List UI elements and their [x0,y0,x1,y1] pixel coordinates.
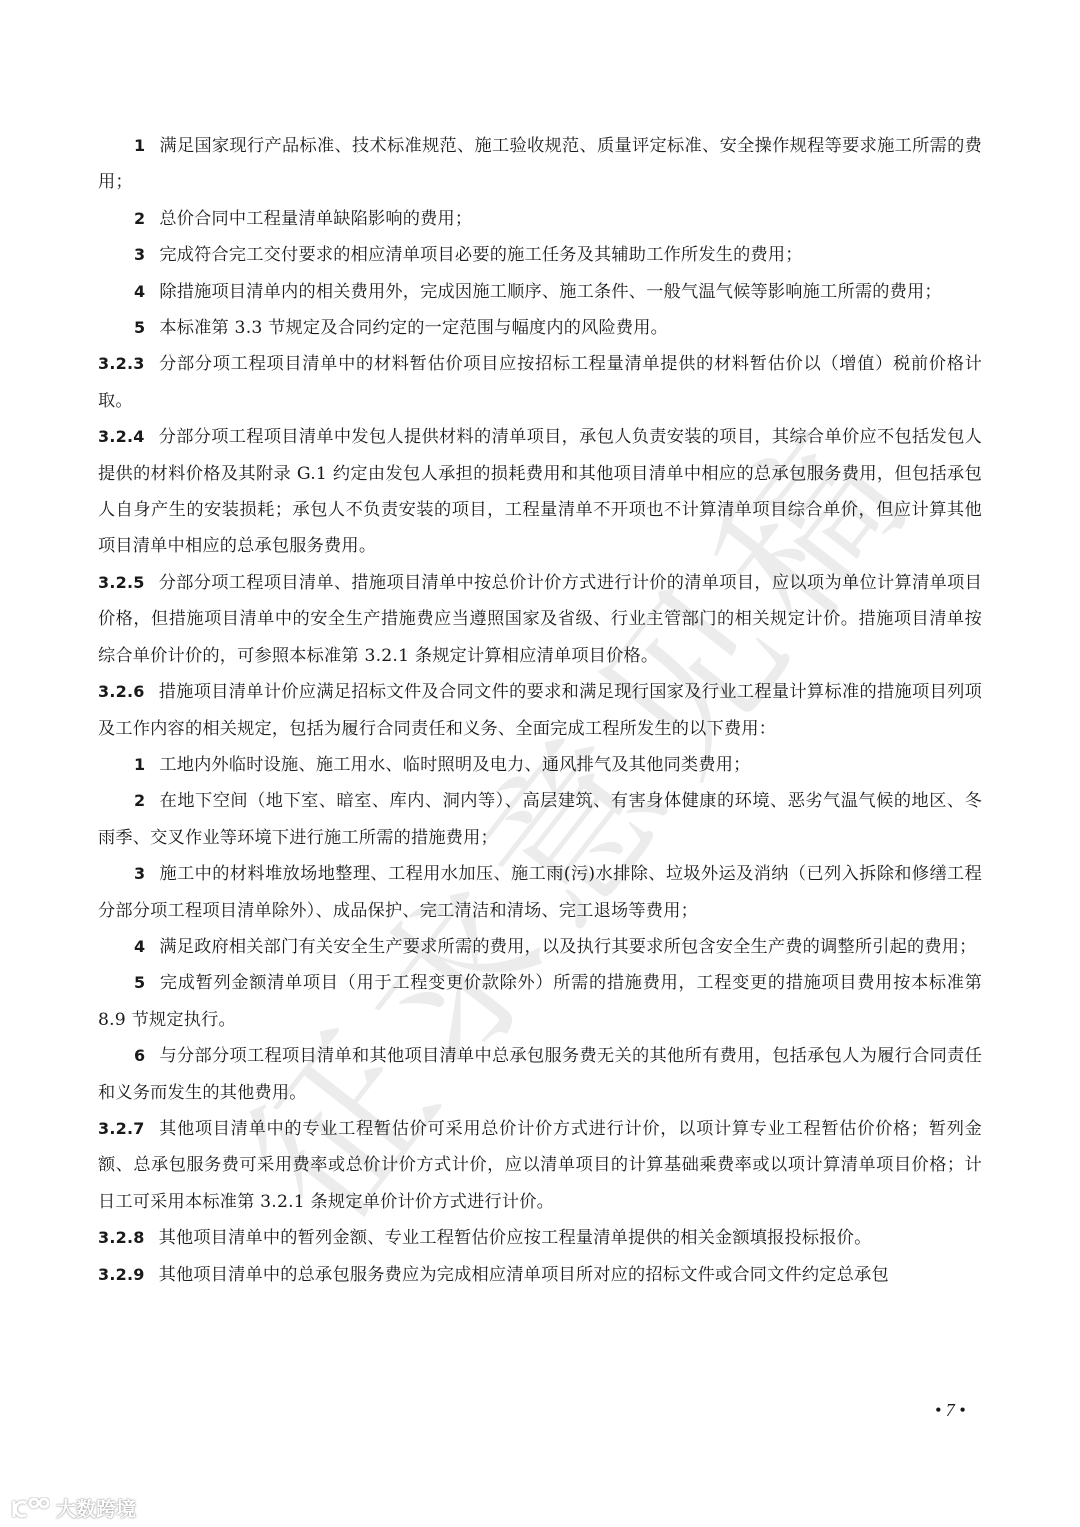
clause-text: 分部分项工程项目清单中的材料暂估价项目应按招标工程量清单提供的材料暂估价以（增值… [98,354,982,410]
clause-number: 3.2.9 [98,1265,145,1284]
clause-text: 措施项目清单计价应满足招标文件及合同文件的要求和满足现行国家及行业工程量计算标准… [98,682,982,738]
clause-text: 其他项目清单中的暂列金额、专业工程暂估价应按工程量清单提供的相关金额填报投标报价… [159,1228,872,1248]
list-item: 3施工中的材料堆放场地整理、工程用水加压、施工雨(污)水排除、垃圾外运及消纳（已… [98,856,982,929]
list-item: 4满足政府相关部门有关安全生产要求所需的费用，以及执行其要求所包含安全生产费的调… [98,929,982,965]
clause-3-2-5: 3.2.5分部分项工程项目清单、措施项目清单中按总价计价方式进行计价的清单项目，… [98,565,982,674]
clause-number: 3.2.8 [98,1228,145,1247]
brand-watermark: 大数跨境 [10,1493,136,1522]
item-text: 完成符合完工交付要求的相应清单项目必要的施工任务及其辅助工作所发生的费用； [159,245,802,265]
list-item: 1满足国家现行产品标准、技术标准规范、施工验收规范、质量评定标准、安全操作规程等… [98,128,982,201]
item-text: 满足政府相关部门有关安全生产要求所需的费用，以及执行其要求所包含安全生产费的调整… [159,937,976,957]
item-number: 5 [134,318,145,337]
list-item: 1工地内外临时设施、施工用水、临时照明及电力、通风排气及其他同类费用； [98,747,982,783]
item-text: 完成暂列金额清单项目（用于工程变更价款除外）所需的措施费用，工程变更的措施项目费… [98,973,982,1029]
item-text: 总价合同中工程量清单缺陷影响的费用； [159,209,472,229]
item-number: 3 [134,245,145,264]
item-text: 满足国家现行产品标准、技术标准规范、施工验收规范、质量评定标准、安全操作规程等要… [98,136,982,192]
document-body: 1满足国家现行产品标准、技术标准规范、施工验收规范、质量评定标准、安全操作规程等… [98,128,982,1293]
item-number: 2 [134,209,145,228]
clause-text: 其他项目清单中的专业工程暂估价可采用总价计价方式进行计价，以项计算专业工程暂估价… [98,1119,982,1212]
clause-number: 3.2.6 [98,682,145,701]
item-text: 在地下空间（地下室、暗室、库内、洞内等）、高层建筑、有害身体健康的环境、恶劣气温… [98,791,982,847]
brand-name: 大数跨境 [56,1493,136,1522]
list-item: 5本标准第 3.3 节规定及合同约定的一定范围与幅度内的风险费用。 [98,310,982,346]
item-number: 3 [134,864,145,883]
item-number: 2 [134,791,145,810]
item-number: 4 [134,282,145,301]
clause-text: 其他项目清单中的总承包服务费应为完成相应清单项目所对应的招标文件或合同文件约定总… [159,1265,889,1285]
document-page: 征求意见稿 1满足国家现行产品标准、技术标准规范、施工验收规范、质量评定标准、安… [0,0,1080,1527]
clause-number: 3.2.7 [98,1119,145,1138]
item-number: 6 [134,1046,145,1065]
item-number: 4 [134,937,145,956]
clause-3-2-4: 3.2.4分部分项工程项目清单中发包人提供材料的清单项目，承包人负责安装的项目，… [98,419,982,565]
clause-text: 分部分项工程项目清单、措施项目清单中按总价计价方式进行计价的清单项目，应以项为单… [98,573,982,666]
item-text: 施工中的材料堆放场地整理、工程用水加压、施工雨(污)水排除、垃圾外运及消纳（已列… [98,864,982,920]
list-item: 5完成暂列金额清单项目（用于工程变更价款除外）所需的措施费用，工程变更的措施项目… [98,965,982,1038]
list-item: 2总价合同中工程量清单缺陷影响的费用； [98,201,982,237]
clause-text: 分部分项工程项目清单中发包人提供材料的清单项目，承包人负责安装的项目，其综合单价… [98,427,982,556]
clause-3-2-9: 3.2.9其他项目清单中的总承包服务费应为完成相应清单项目所对应的招标文件或合同… [98,1257,982,1293]
clause-number: 3.2.3 [98,354,145,373]
item-text: 本标准第 3.3 节规定及合同约定的一定范围与幅度内的风险费用。 [159,318,668,338]
item-number: 1 [134,755,145,774]
list-item: 3完成符合完工交付要求的相应清单项目必要的施工任务及其辅助工作所发生的费用； [98,237,982,273]
list-item: 4除措施项目清单内的相关费用外，完成因施工顺序、施工条件、一般气温气候等影响施工… [98,274,982,310]
item-text: 工地内外临时设施、施工用水、临时照明及电力、通风排气及其他同类费用； [159,755,750,775]
clause-3-2-6: 3.2.6措施项目清单计价应满足招标文件及合同文件的要求和满足现行国家及行业工程… [98,674,982,747]
clause-3-2-8: 3.2.8其他项目清单中的暂列金额、专业工程暂估价应按工程量清单提供的相关金额填… [98,1220,982,1256]
brand-logo-icon [10,1497,50,1519]
item-number: 1 [134,136,145,155]
item-text: 除措施项目清单内的相关费用外，完成因施工顺序、施工条件、一般气温气候等影响施工所… [159,282,941,302]
page-number: • 7 • [935,1400,966,1421]
clause-3-2-7: 3.2.7其他项目清单中的专业工程暂估价可采用总价计价方式进行计价，以项计算专业… [98,1111,982,1220]
clause-number: 3.2.4 [98,427,145,446]
item-number: 5 [134,973,145,992]
clause-number: 3.2.5 [98,573,145,592]
list-item: 2在地下空间（地下室、暗室、库内、洞内等）、高层建筑、有害身体健康的环境、恶劣气… [98,783,982,856]
list-item: 6与分部分项工程项目清单和其他项目清单中总承包服务费无关的其他所有费用，包括承包… [98,1038,982,1111]
item-text: 与分部分项工程项目清单和其他项目清单中总承包服务费无关的其他所有费用，包括承包人… [98,1046,982,1102]
clause-3-2-3: 3.2.3分部分项工程项目清单中的材料暂估价项目应按招标工程量清单提供的材料暂估… [98,346,982,419]
